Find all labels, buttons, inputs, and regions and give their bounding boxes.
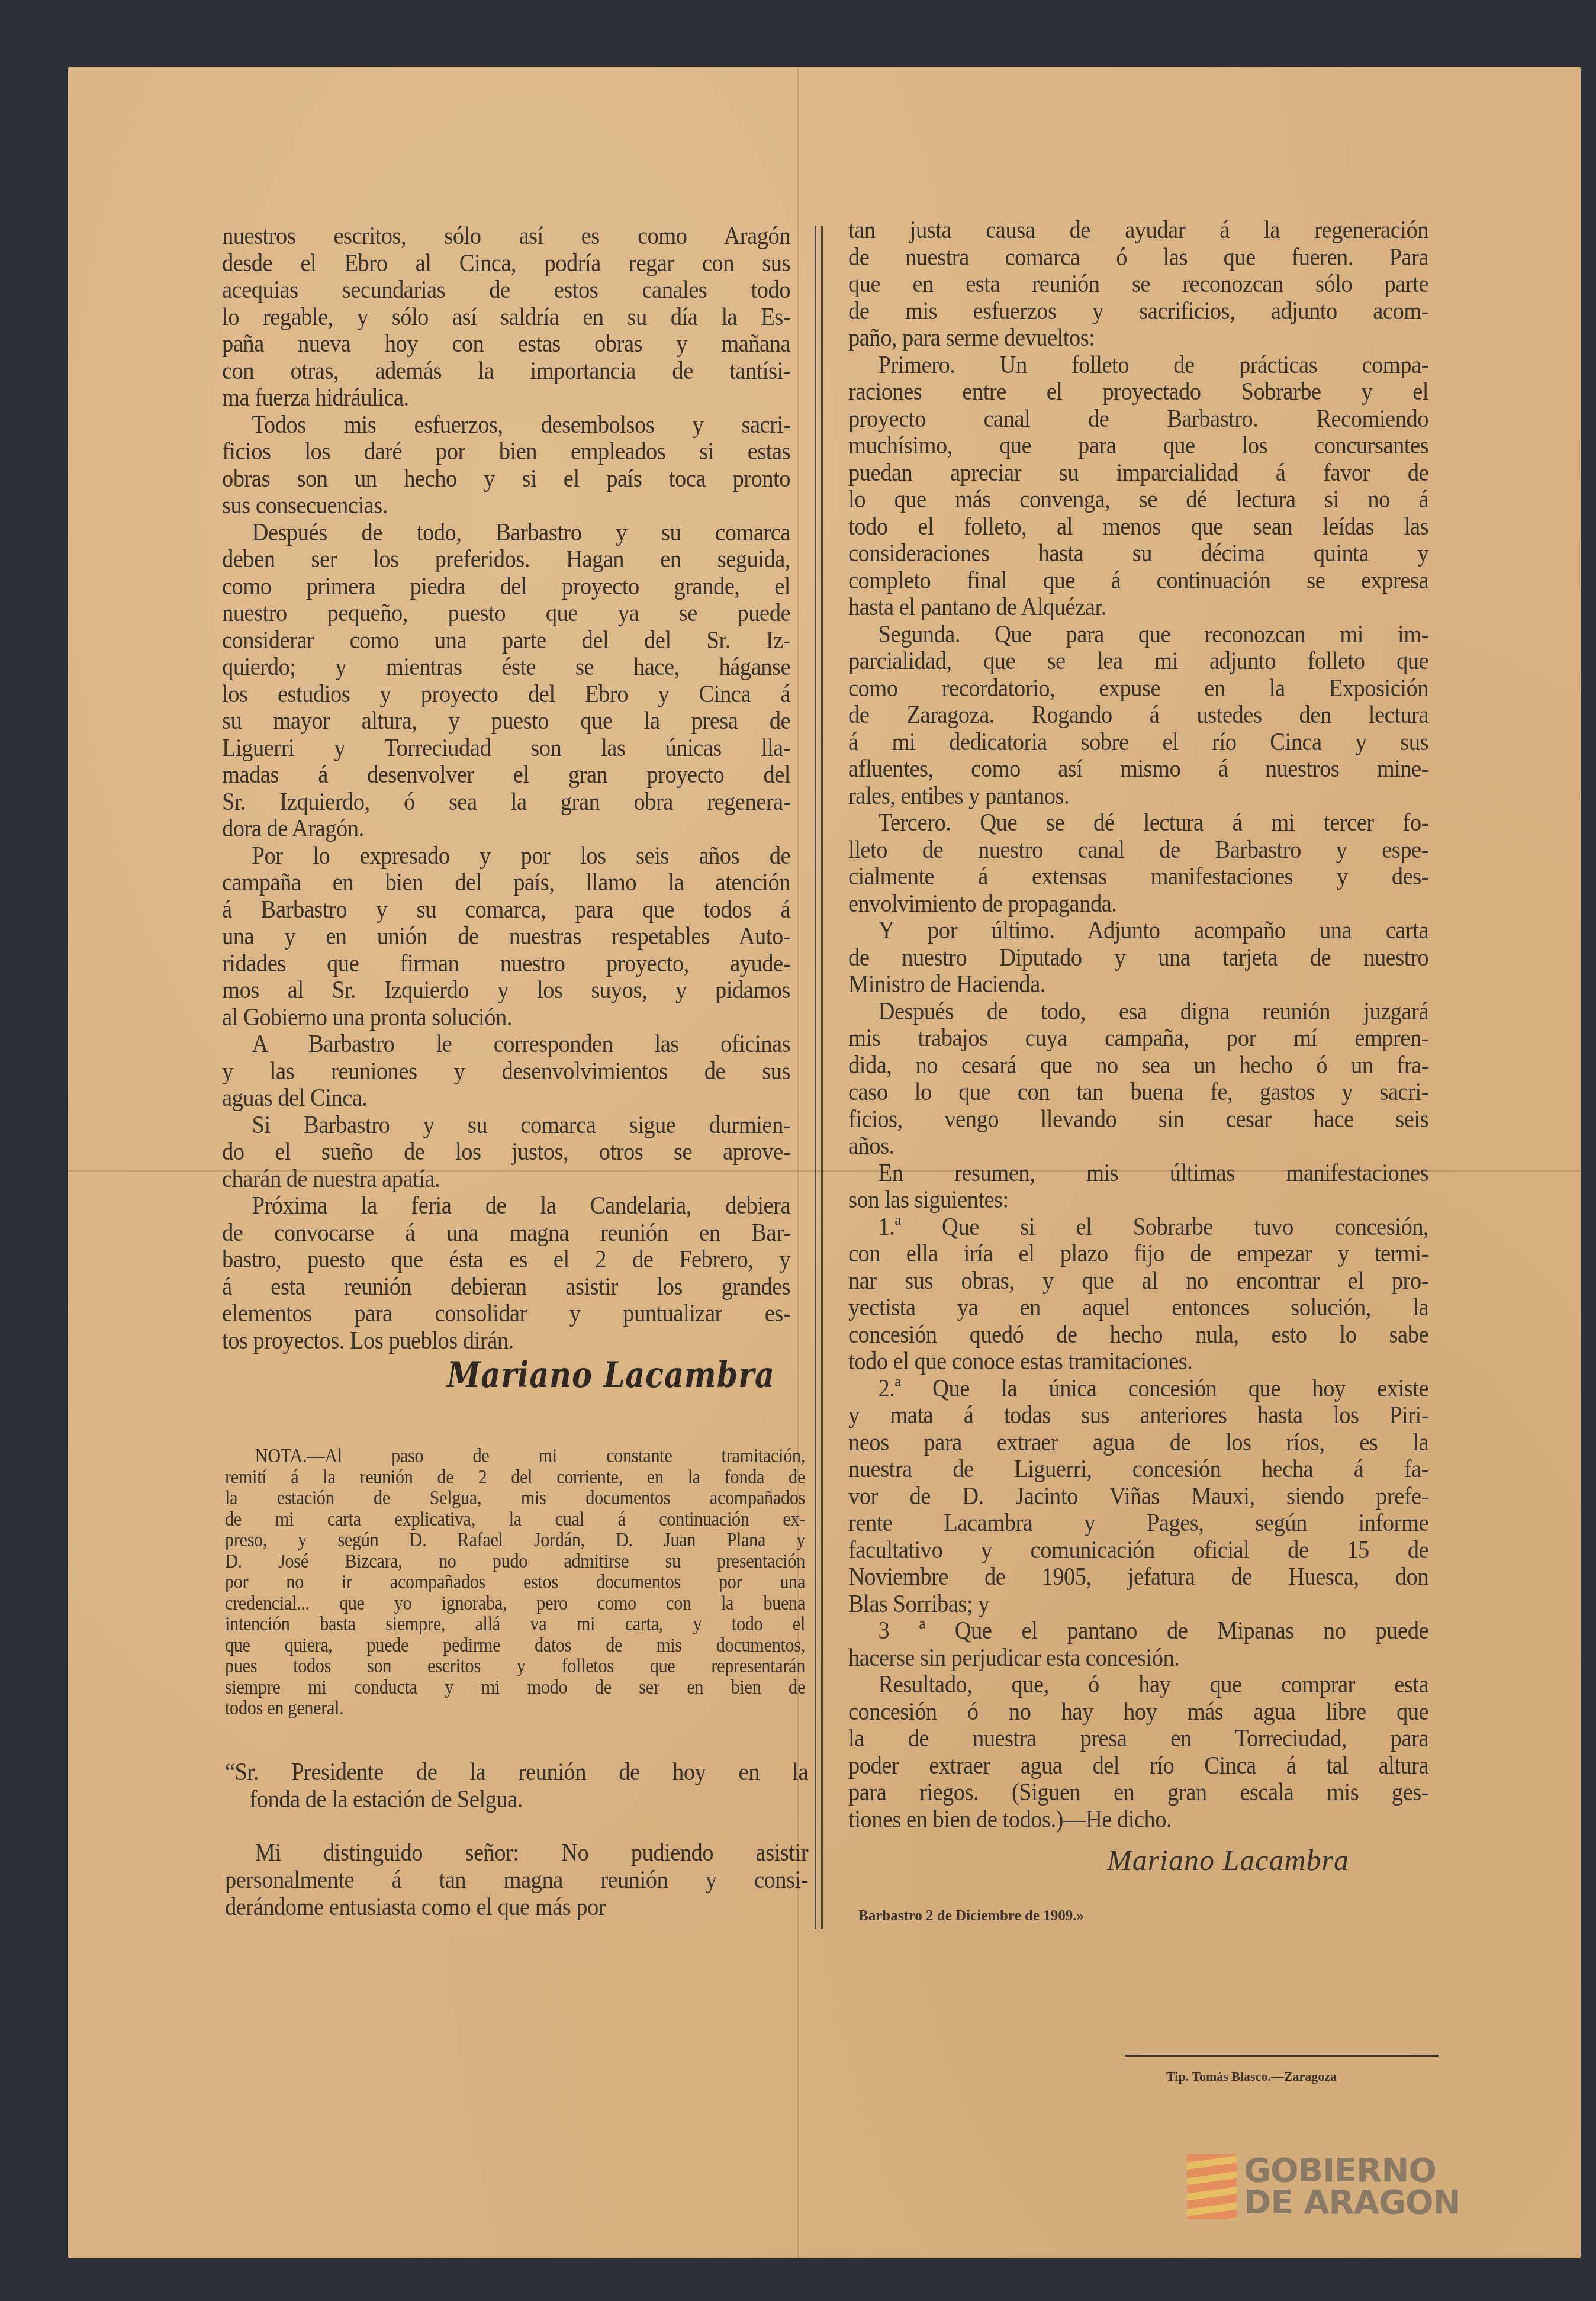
text-line: como primera piedra del proyecto grande,…: [222, 574, 790, 601]
text-line: dora de Aragón.: [222, 816, 790, 843]
text-line: paño, para serme devueltos:: [848, 325, 1428, 352]
text-line: Segunda. Que para que reconozcan mi im-: [848, 622, 1428, 649]
text-line: preso, y según D. Rafael Jordán, D. Juan…: [225, 1530, 805, 1552]
text-line: nuestro pequeño, puesto que ya se puede: [222, 600, 790, 627]
text-line: de mis esfuerzos y sacrificios, adjunto …: [848, 298, 1428, 326]
text-line: todo el folleto, al menos que sean leída…: [848, 514, 1428, 541]
text-line: afluentes, como así mismo á nuestros min…: [848, 756, 1428, 783]
text-line: muchísimo, que para que los concursantes: [848, 433, 1428, 460]
text-line: por no ir acompañados estos documentos p…: [225, 1572, 805, 1594]
document-page: nuestros escritos, sólo así es como Arag…: [68, 67, 1581, 2258]
text-line: A Barbastro le corresponden las oficinas: [222, 1031, 790, 1058]
text-line: para riegos. (Siguen en gran escala mis …: [848, 1779, 1428, 1807]
letter-opening: “Sr. Presidente de la reunión de hoy en …: [225, 1759, 808, 1921]
text-line: Sr. Izquierdo, ó sea la gran obra regene…: [222, 789, 790, 816]
text-line: tan justa causa de ayudar á la regenerac…: [848, 217, 1428, 244]
text-line: concesión ó no hay hoy más agua libre qu…: [848, 1699, 1428, 1726]
text-line: proyecto canal de Barbastro. Recomiendo: [848, 406, 1428, 433]
text-line: de mi carta explicativa, la cual á conti…: [225, 1510, 805, 1531]
text-line: obras son un hecho y si el país toca pro…: [222, 466, 790, 493]
text-line: de convocarse á una magna reunión en Bar…: [222, 1220, 790, 1247]
text-line: raciones entre el proyectado Sobrarbe y …: [848, 379, 1428, 406]
text-line: yectista ya en aquel entonces solución, …: [848, 1295, 1428, 1322]
text-line: poder extraer agua del río Cinca á tal a…: [848, 1753, 1428, 1780]
letter-salutation: “Sr. Presidente de la reunión de hoy en …: [225, 1759, 808, 1813]
text-line: que quiera, puede pedirme datos de mis d…: [225, 1636, 805, 1657]
text-line: considerar como una parte del del Sr. Iz…: [222, 627, 790, 655]
text-line: á mi dedicatoria sobre el río Cinca y su…: [848, 729, 1428, 757]
left-signature: Mariano Lacambra: [447, 1354, 775, 1396]
text-line: Si Barbastro y su comarca sigue durmien-: [222, 1112, 790, 1140]
text-line: Por lo expresado y por los seis años de: [222, 843, 790, 870]
text-line: 3 ª Que el pantano de Mipanas no puede: [848, 1618, 1428, 1645]
nota-block: NOTA.—Al paso de mi constante tramitació…: [225, 1446, 805, 1720]
text-line: concesión quedó de hecho nula, esto lo s…: [848, 1322, 1428, 1349]
text-line: elementos para consolidar y puntualizar …: [222, 1301, 790, 1328]
text-line: derándome entusiasta como el que más por: [225, 1894, 808, 1921]
text-line: siempre mi conducta y mi modo de ser en …: [225, 1678, 805, 1699]
text-line: ma fuerza hidráulica.: [222, 385, 790, 412]
text-line: como recordatorio, expuse en la Exposici…: [848, 675, 1428, 703]
text-line: bastro, puesto que ésta es el 2 de Febre…: [222, 1247, 790, 1274]
text-line: nar sus obras, y que al no encontrar el …: [848, 1268, 1428, 1295]
gobierno-aragon-watermark: GOBIERNO DE ARAGON: [1187, 2154, 1460, 2219]
text-line: vor de D. Jacinto Viñas Mauxi, siendo pr…: [848, 1483, 1428, 1511]
text-line: sus consecuencias.: [222, 493, 790, 520]
text-line: rente Lacambra y Pages, según informe: [848, 1510, 1428, 1537]
text-line: quierdo; y mientras éste se hace, hágans…: [222, 654, 790, 681]
vertical-fold-crease: [797, 67, 799, 2258]
text-line: ficios, vengo llevando sin cesar hace se…: [848, 1106, 1428, 1134]
text-line: la estación de Selgua, mis documentos ac…: [225, 1488, 805, 1510]
text-line: todo el que conoce estas tramitaciones.: [848, 1349, 1428, 1376]
text-line: dida, no cesará que no sea un hecho ó un…: [848, 1053, 1428, 1080]
text-line: nuestros escritos, sólo así es como Arag…: [222, 223, 790, 250]
imprint-rule: [1125, 2055, 1439, 2057]
text-line: á Barbastro y su comarca, para que todos…: [222, 897, 790, 924]
text-line: con otras, además la importancia de tant…: [222, 358, 790, 385]
text-line: Después de todo, esa digna reunión juzga…: [848, 999, 1428, 1026]
text-line: consideraciones hasta su décima quinta y: [848, 540, 1428, 568]
text-line: neos para extraer agua de los ríos, es l…: [848, 1430, 1428, 1457]
spacer: [225, 1813, 808, 1839]
text-line: do el sueño de los justos, otros se apro…: [222, 1139, 790, 1166]
text-line: campaña en bien del país, llamo la atenc…: [222, 870, 790, 897]
text-line: acequias secundarias de estos canales to…: [222, 277, 790, 304]
text-line: á esta reunión debieran asistir los gran…: [222, 1274, 790, 1301]
text-line: D. José Bizcara, no pudo admitirse su pr…: [225, 1552, 805, 1573]
text-line: 2.ª Que la única concesión que hoy exist…: [848, 1376, 1428, 1403]
text-line: lleto de nuestro canal de Barbastro y es…: [848, 837, 1428, 864]
text-line: de nuestra comarca ó las que fueren. Par…: [848, 244, 1428, 272]
text-line: hacerse sin perjudicar esta concesión.: [848, 1645, 1428, 1672]
text-line: que en esta reunión se reconozcan sólo p…: [848, 271, 1428, 298]
logo-line-1: GOBIERNO: [1244, 2155, 1460, 2187]
text-line: al Gobierno una pronta solución.: [222, 1005, 790, 1032]
text-line: nuestra de Liguerri, concesión hecha á f…: [848, 1456, 1428, 1483]
text-line: deben ser los preferidos. Hagan en segui…: [222, 546, 790, 574]
text-line: y mata á todas sus anteriores hasta los …: [848, 1402, 1428, 1430]
text-line: rales, entibes y pantanos.: [848, 783, 1428, 810]
logo-text: GOBIERNO DE ARAGON: [1244, 2155, 1460, 2219]
text-line: puedan apreciar su imparcialidad á favor…: [848, 460, 1428, 487]
text-line: Tercero. Que se dé lectura á mi tercer f…: [848, 810, 1428, 837]
text-line: mis trabajos cuya campaña, por mí empren…: [848, 1025, 1428, 1053]
text-line: 1.ª Que si el Sobrarbe tuvo concesión,: [848, 1214, 1428, 1241]
text-line: todos en general.: [225, 1698, 805, 1720]
letter-opening-paragraph: Mi distinguido señor: No pudiendo asisti…: [225, 1839, 808, 1921]
text-line: Próxima la feria de la Candelaria, debie…: [222, 1193, 790, 1220]
text-line: Liguerri y Torreciudad son las únicas ll…: [222, 735, 790, 762]
text-line: paña nueva hoy con estas obras y mañana: [222, 331, 790, 358]
text-line: Todos mis esfuerzos, desembolsos y sacri…: [222, 412, 790, 439]
text-line: de Zaragoza. Rogando á ustedes den lectu…: [848, 702, 1428, 729]
text-line: fonda de la estación de Selgua.: [225, 1786, 808, 1813]
text-line: tiones en bien de todos.)—He dicho.: [848, 1807, 1428, 1834]
text-line: Y por último. Adjunto acompaño una carta: [848, 918, 1428, 945]
text-line: envolvimiento de propaganda.: [848, 891, 1428, 918]
right-column-body: tan justa causa de ayudar á la regenerac…: [848, 217, 1428, 1833]
text-line: ficios los daré por bien empleados si es…: [222, 439, 790, 466]
text-line: parcialidad, que se lea mi adjunto folle…: [848, 648, 1428, 675]
text-line: Noviembre de 1905, jefatura de Huesca, d…: [848, 1564, 1428, 1591]
text-line: años.: [848, 1133, 1428, 1160]
text-line: Blas Sorribas; y: [848, 1591, 1428, 1618]
text-line: de nuestro Diputado y una tarjeta de nue…: [848, 945, 1428, 972]
text-line: charán de nuestra apatía.: [222, 1166, 790, 1193]
text-line: facultativo y comunicación oficial de 15…: [848, 1537, 1428, 1565]
text-line: tos proyectos. Los pueblos dirán.: [222, 1328, 790, 1355]
text-line: En resumen, mis últimas manifestaciones: [848, 1160, 1428, 1187]
text-line: con ella iría el plazo fijo de empezar y…: [848, 1241, 1428, 1268]
text-line: NOTA.—Al paso de mi constante tramitació…: [225, 1446, 805, 1468]
right-signature: Mariano Lacambra: [1107, 1843, 1349, 1877]
text-line: lo regable, y sólo así saldría en su día…: [222, 304, 790, 332]
text-line: lo que más convenga, se dé lectura si no…: [848, 487, 1428, 514]
text-line: la de nuestra presa en Torreciudad, para: [848, 1726, 1428, 1753]
aragon-flag-icon: [1187, 2154, 1237, 2219]
text-line: cialmente á extensas manifestaciones y d…: [848, 864, 1428, 891]
text-line: Primero. Un folleto de prácticas compa-: [848, 352, 1428, 379]
text-line: los estudios y proyecto del Ebro y Cinca…: [222, 681, 790, 709]
left-column-body: nuestros escritos, sólo así es como Arag…: [222, 223, 790, 1354]
text-line: ridades que firman nuestro proyecto, ayu…: [222, 951, 790, 978]
logo-line-2: DE ARAGON: [1244, 2187, 1460, 2219]
text-line: “Sr. Presidente de la reunión de hoy en …: [225, 1759, 808, 1786]
text-line: Ministro de Hacienda.: [848, 971, 1428, 999]
letter-date: Barbastro 2 de Diciembre de 1909.»: [858, 1908, 1084, 1925]
text-line: una y en unión de nuestras respetables A…: [222, 923, 790, 951]
text-line: completo final que á continuación se exp…: [848, 568, 1428, 595]
text-line: Resultado, que, ó hay que comprar esta: [848, 1672, 1428, 1699]
text-line: personalmente á tan magna reunión y cons…: [225, 1866, 808, 1894]
printer-imprint: Tip. Tomás Blasco.—Zaragoza: [1166, 2069, 1337, 2084]
text-line: hasta el pantano de Alquézar.: [848, 594, 1428, 622]
text-line: desde el Ebro al Cinca, podría regar con…: [222, 250, 790, 278]
text-line: remití á la reunión de 2 del corriente, …: [225, 1468, 805, 1489]
text-line: Después de todo, Barbastro y su comarca: [222, 520, 790, 547]
text-line: aguas del Cinca.: [222, 1085, 790, 1112]
text-line: mos al Sr. Izquierdo y los suyos, y pida…: [222, 977, 790, 1005]
text-line: intención basta siempre, allá va mi cart…: [225, 1614, 805, 1636]
text-line: pues todos son escritos y folletos que r…: [225, 1656, 805, 1678]
text-line: credencial... que yo ignoraba, pero como…: [225, 1594, 805, 1615]
text-line: caso lo que con tan buena fe, gastos y s…: [848, 1079, 1428, 1106]
text-line: Mi distinguido señor: No pudiendo asisti…: [225, 1839, 808, 1866]
text-line: madas á desenvolver el gran proyecto del: [222, 762, 790, 789]
text-line: son las siguientes:: [848, 1187, 1428, 1214]
text-line: su mayor altura, y puesto que la presa d…: [222, 708, 790, 735]
column-divider-double-rule: [815, 226, 823, 1929]
text-line: y las reuniones y desenvolvimientos de s…: [222, 1058, 790, 1086]
